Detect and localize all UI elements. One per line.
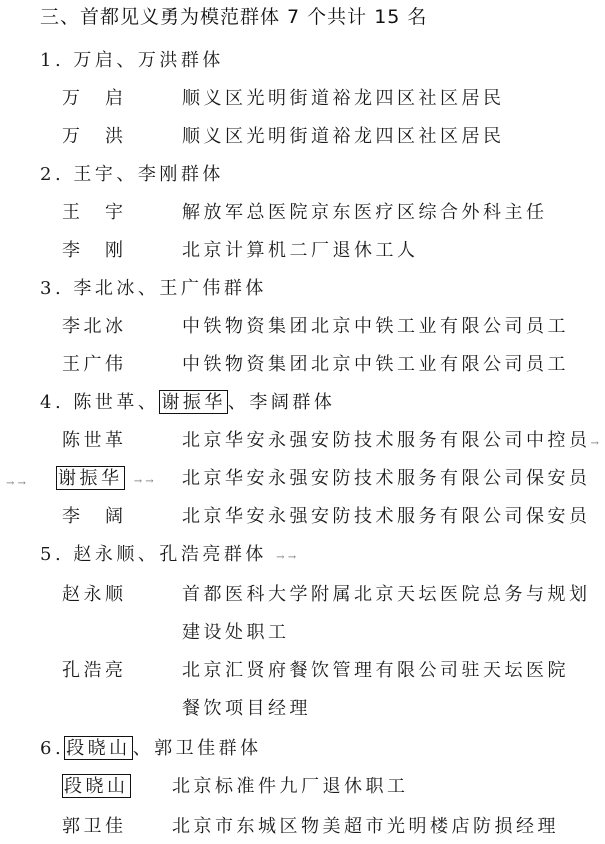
member-name: 赵永顺: [62, 584, 127, 606]
member-desc: 首都医科大学附属北京天坛医院总务与规划: [182, 584, 591, 606]
tab-arrow-icon: → →: [134, 476, 154, 487]
member-desc: 顺义区光明街道裕龙四区社区居民: [182, 88, 505, 110]
member-name: 王 宇: [62, 202, 127, 224]
member-desc: 北京华安永强安防技术服务有限公司中控员→: [182, 430, 599, 455]
highlighted-name: 谢振华: [159, 390, 228, 414]
highlighted-name: 段晓山: [64, 736, 133, 760]
highlighted-name: 谢振华: [56, 466, 125, 490]
member-desc: 解放军总医院京东医疗区综合外科主任: [182, 202, 548, 224]
group-heading-3: 3. 李北冰、王广伟群体: [40, 278, 267, 300]
member-name: 陈世革: [62, 430, 127, 452]
member-desc: 北京华安永强安防技术服务有限公司保安员: [182, 468, 591, 490]
member-name: 李北冰: [62, 316, 127, 338]
member-desc-cont: 餐饮项目经理: [182, 698, 311, 720]
member-desc: 北京华安永强安防技术服务有限公司保安员: [182, 506, 591, 528]
member-name: 孔浩亮: [62, 660, 127, 682]
tab-arrow-icon: → →: [276, 552, 296, 563]
group-heading-2: 2. 王宇、李刚群体: [40, 164, 224, 186]
section-title: 三、首都见义勇为模范群体 7 个共计 15 名: [40, 6, 427, 28]
member-desc: 中铁物资集团北京中铁工业有限公司员工: [182, 354, 569, 376]
tab-arrows: → →: [6, 470, 26, 495]
member-name: 万 启: [62, 88, 127, 110]
member-name: 李 阔: [62, 506, 127, 528]
member-name: 谢振华 → →: [56, 468, 154, 493]
member-desc: 北京市东城区物美超市光明楼店防损经理: [172, 816, 559, 838]
member-desc: 北京标准件九厂退休职工: [172, 776, 409, 798]
tab-arrow-icon: → →: [6, 478, 26, 489]
tab-arrow-icon: →: [591, 438, 599, 449]
member-name: 段晓山: [62, 776, 131, 798]
member-desc: 中铁物资集团北京中铁工业有限公司员工: [182, 316, 569, 338]
member-name: 王广伟: [62, 354, 127, 376]
member-desc: 北京计算机二厂退休工人: [182, 240, 419, 262]
group-heading-1: 1. 万启、万洪群体: [40, 50, 224, 72]
heading-prefix: 4. 陈世革、: [40, 392, 159, 413]
member-desc: 顺义区光明街道裕龙四区社区居民: [182, 126, 505, 148]
group-heading-4: 4. 陈世革、谢振华、李阔群体: [40, 392, 335, 414]
member-desc: 北京汇贤府餐饮管理有限公司驻天坛医院: [182, 660, 569, 682]
member-name: 李 刚: [62, 240, 127, 262]
member-name: 万 洪: [62, 126, 127, 148]
highlighted-name: 段晓山: [62, 774, 131, 798]
member-desc-cont: 建设处职工: [182, 622, 290, 644]
member-name: 郭卫佳: [62, 816, 127, 838]
heading-suffix: 、李阔群体: [228, 392, 336, 413]
group-heading-6: 6.段晓山、郭卫佳群体: [40, 738, 262, 760]
group-heading-5: 5. 赵永顺、孔浩亮群体 → →: [40, 544, 296, 569]
